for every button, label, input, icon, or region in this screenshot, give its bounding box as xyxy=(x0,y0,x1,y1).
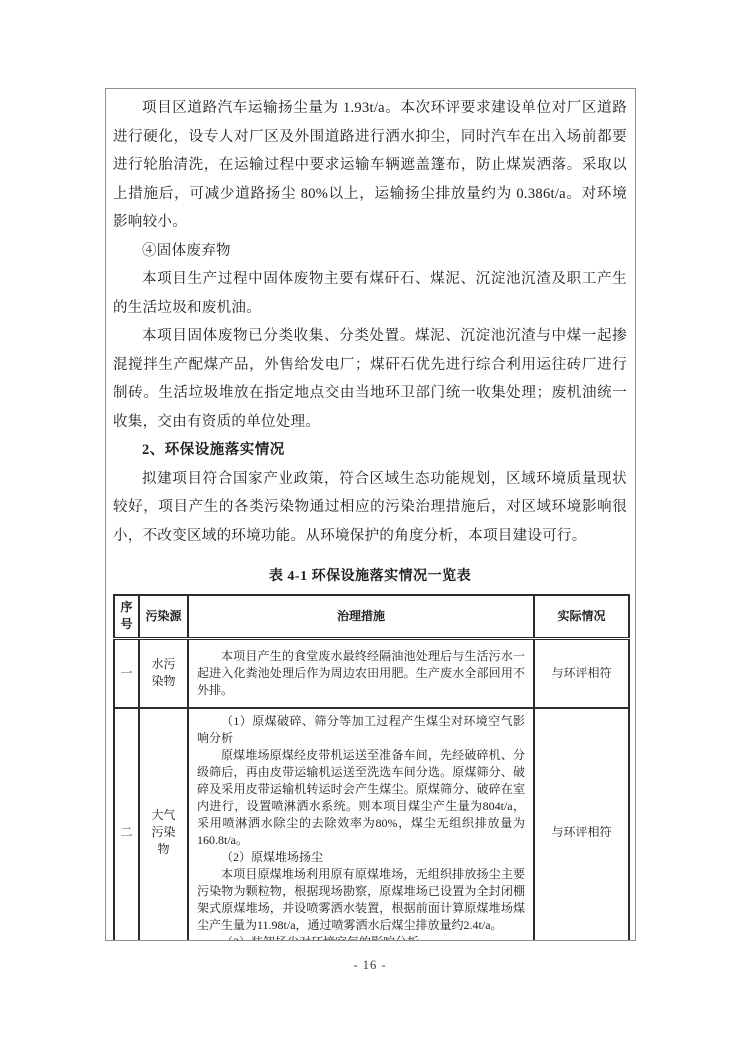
measure-paragraph: （3）装卸扬尘对环境空气的影响分析 xyxy=(197,934,525,941)
column-header-measures: 治理措施 xyxy=(188,595,534,638)
measure-paragraph: （1）原煤破碎、筛分等加工过程产生煤尘对环境空气影响分析 xyxy=(197,713,525,747)
treatment-measures-cell: 本项目产生的食堂废水最终经隔油池处理后与生活污水一起进入化粪池处理后作为周边农田… xyxy=(188,638,534,708)
document-content: 项目区道路汽车运输扬尘量为 1.93t/a。本次环评要求建设单位对厂区道路进行硬… xyxy=(106,89,635,941)
row-index-cell: 一 xyxy=(114,638,139,708)
paragraph-section-2: 拟建项目符合国家产业政策，符合区域生态功能规划，区域环境质量现状较好，项目产生的… xyxy=(113,465,627,551)
measure-paragraph: 原煤堆场原煤经皮带机运送至准备车间，先经破碎机、分级筛后，再由皮带运输机运送至洗… xyxy=(197,747,525,849)
column-header-source: 污染源 xyxy=(139,595,188,638)
table-row-air-pollutants: 二 大气污染物 （1）原煤破碎、筛分等加工过程产生煤尘对环境空气影响分析 原煤堆… xyxy=(114,708,629,941)
document-frame: 项目区道路汽车运输扬尘量为 1.93t/a。本次环评要求建设单位对厂区道路进行硬… xyxy=(105,88,636,941)
table-row-water-pollutants: 一 水污染物 本项目产生的食堂废水最终经隔油池处理后与生活污水一起进入化粪池处理… xyxy=(114,638,629,708)
section-heading-epa-implementation: 2、环保设施落实情况 xyxy=(113,436,627,465)
paragraph-solid-waste-1: 本项目生产过程中固体废物主要有煤矸石、煤泥、沉淀池沉渣及职工产生的生活垃圾和废机… xyxy=(113,265,627,322)
table-header-row: 序号 污染源 治理措施 实际情况 xyxy=(114,595,629,638)
epa-measures-table: 序号 污染源 治理措施 实际情况 一 水污染物 本项目产生的食堂废水最终经隔油池… xyxy=(113,594,630,941)
column-header-status: 实际情况 xyxy=(534,595,629,638)
measure-paragraph: 本项目原煤堆场利用原有原煤堆场，无组织排放扬尘主要污染物为颗粒物，根据现场勘察，… xyxy=(197,866,525,934)
page-number: - 16 - xyxy=(0,958,740,973)
table-caption: 表 4-1 环保设施落实情况一览表 xyxy=(113,565,627,585)
heading-solid-waste: ④固体废弃物 xyxy=(113,237,627,266)
row-index-cell: 二 xyxy=(114,708,139,941)
column-header-index: 序号 xyxy=(114,595,139,638)
actual-status-cell: 与环评相符 xyxy=(534,708,629,941)
measure-paragraph: （2）原煤堆场扬尘 xyxy=(197,849,525,866)
paragraph-solid-waste-2: 本项目固体废物已分类收集、分类处置。煤泥、沉淀池沉渣与中煤一起掺混搅拌生产配煤产… xyxy=(113,322,627,436)
paragraph-road-dust: 项目区道路汽车运输扬尘量为 1.93t/a。本次环评要求建设单位对厂区道路进行硬… xyxy=(113,94,627,237)
pollution-source-cell: 大气污染物 xyxy=(139,708,188,941)
pollution-source-cell: 水污染物 xyxy=(139,638,188,708)
measure-paragraph: 本项目产生的食堂废水最终经隔油池处理后与生活污水一起进入化粪池处理后作为周边农田… xyxy=(197,648,525,699)
treatment-measures-cell: （1）原煤破碎、筛分等加工过程产生煤尘对环境空气影响分析 原煤堆场原煤经皮带机运… xyxy=(188,708,534,941)
actual-status-cell: 与环评相符 xyxy=(534,638,629,708)
